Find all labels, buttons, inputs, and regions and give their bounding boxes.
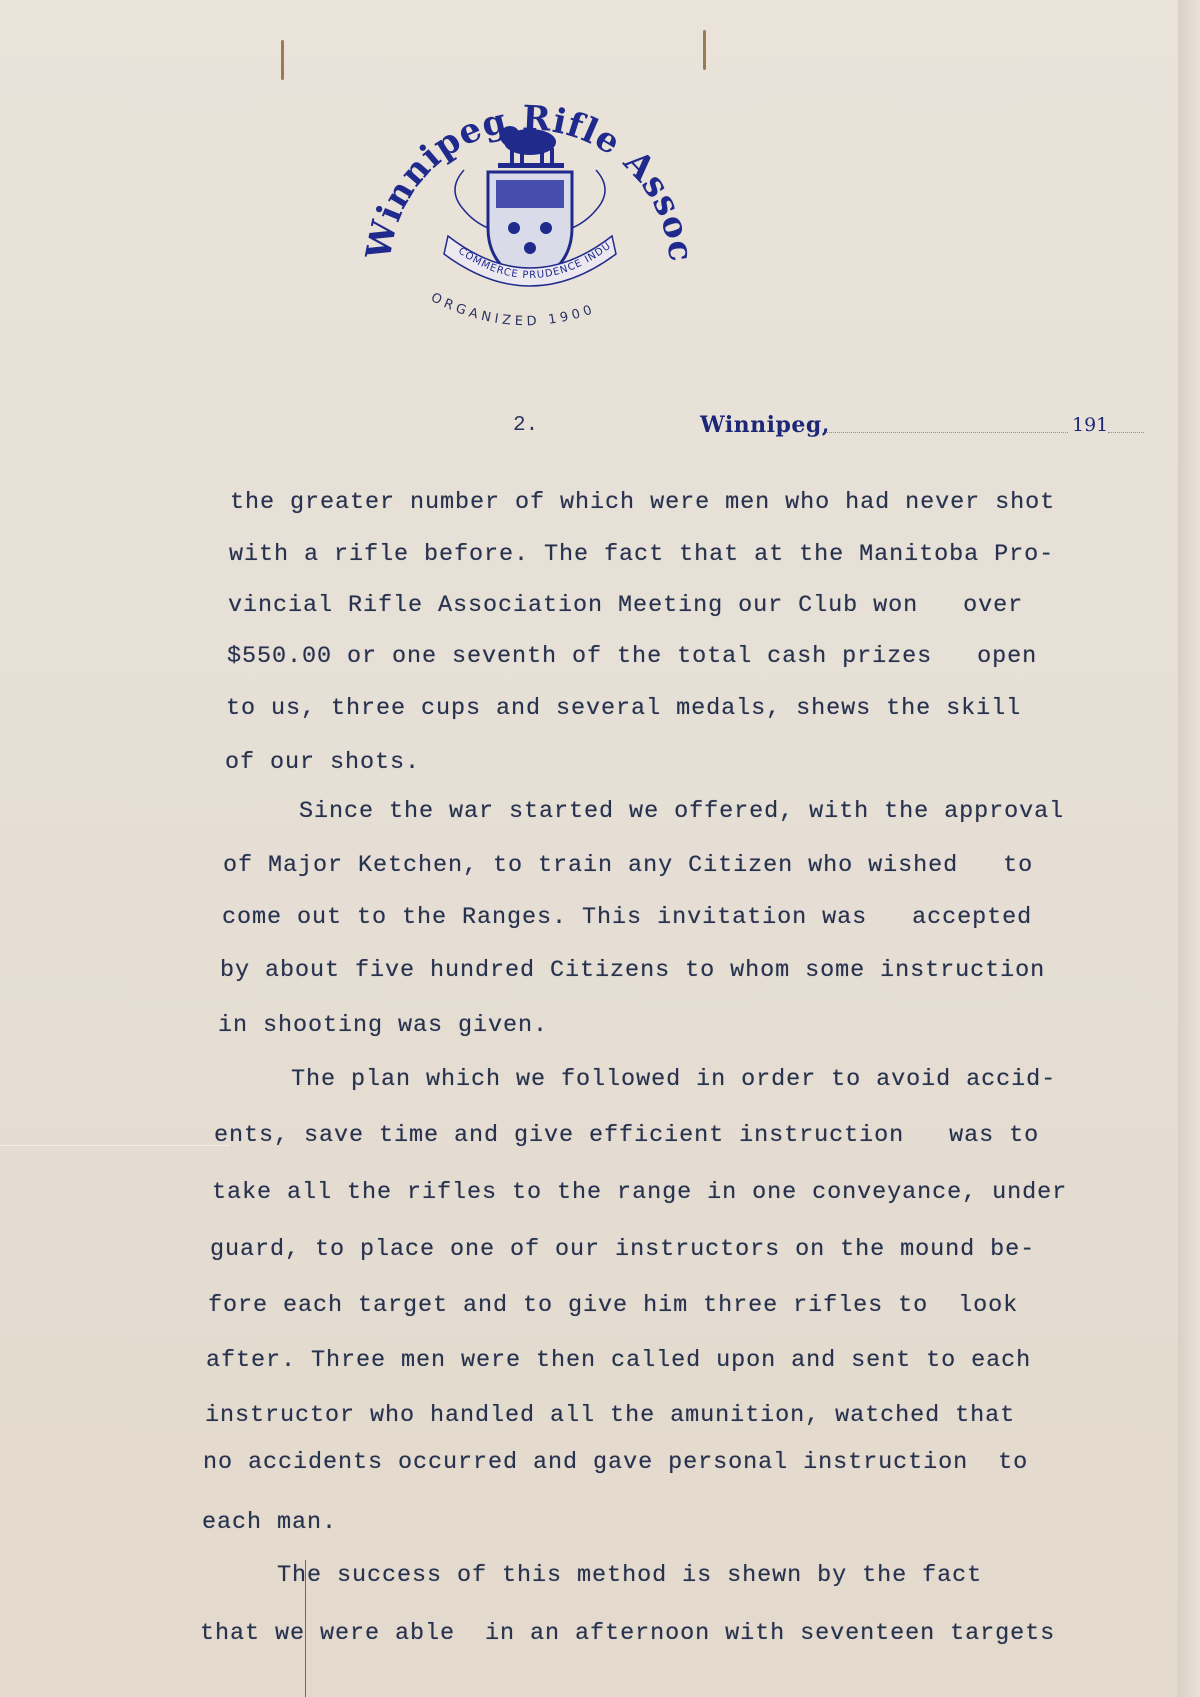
dateline: 2. Winnipeg, 191 xyxy=(0,410,1200,446)
body-line: ents, save time and give efficient instr… xyxy=(214,1121,1039,1151)
pencil-margin-mark xyxy=(305,1560,306,1697)
date-blank-line xyxy=(826,432,1068,433)
svg-text:ORGANIZED 1900: ORGANIZED 1900 xyxy=(428,290,597,329)
body-line: by about five hundred Citizens to whom s… xyxy=(220,956,1045,986)
body-line: The success of this method is shewn by t… xyxy=(202,1561,982,1591)
body-line: vincial Rifle Association Meeting our Cl… xyxy=(228,591,1023,621)
page-edge xyxy=(1178,0,1200,1697)
body-line: with a rifle before. The fact that at th… xyxy=(229,540,1054,570)
staple-hole-right xyxy=(703,30,706,70)
body-line: guard, to place one of our instructors o… xyxy=(210,1235,1035,1265)
body-line: take all the rifles to the range in one … xyxy=(212,1178,1067,1208)
body-line: come out to the Ranges. This invitation … xyxy=(222,903,1032,933)
body-line: instructor who handled all the amunition… xyxy=(205,1401,1015,1431)
body-line: $550.00 or one seventh of the total cash… xyxy=(227,642,1037,672)
city-label: Winnipeg, xyxy=(700,412,830,438)
organized-date: ORGANIZED 1900 xyxy=(420,285,650,365)
body-line: The plan which we followed in order to a… xyxy=(216,1065,1056,1095)
page-number: 2. xyxy=(513,414,538,437)
body-line: each man. xyxy=(202,1508,337,1538)
body-line: no accidents occurred and gave personal … xyxy=(203,1448,1028,1478)
body-line: in shooting was given. xyxy=(218,1011,548,1041)
year-prefix: 191 xyxy=(1072,414,1108,436)
body-line: that we were able in an afternoon with s… xyxy=(200,1619,1055,1649)
paper-fold xyxy=(0,1145,230,1146)
body-line: after. Three men were then called upon a… xyxy=(206,1346,1031,1376)
body-line: Since the war started we offered, with t… xyxy=(224,797,1064,827)
body-line: to us, three cups and several medals, sh… xyxy=(226,694,1021,724)
body-line: of our shots. xyxy=(225,748,420,778)
body-line: of Major Ketchen, to train any Citizen w… xyxy=(223,851,1033,881)
body-line: the greater number of which were men who… xyxy=(230,488,1055,518)
body-line: fore each target and to give him three r… xyxy=(208,1291,1018,1321)
year-blank-line xyxy=(1108,432,1144,433)
staple-hole-left xyxy=(281,40,284,80)
